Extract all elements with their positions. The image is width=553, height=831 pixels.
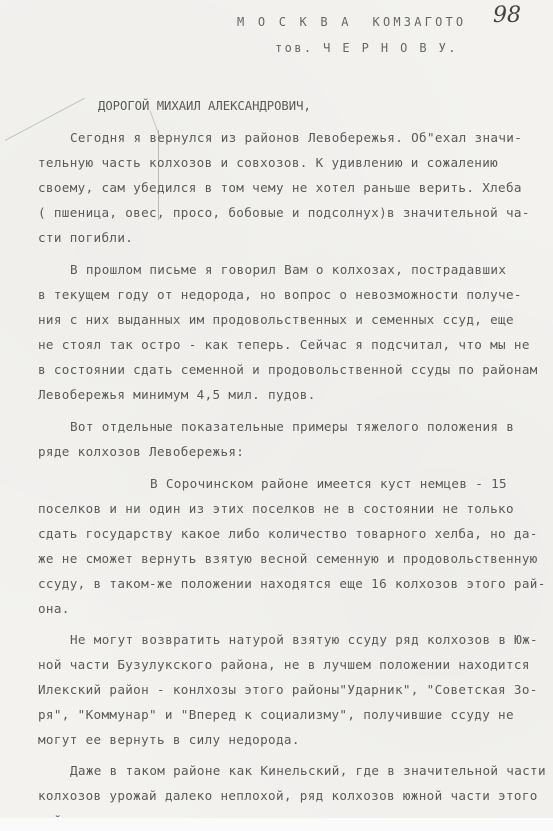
text-line: сдать государству какое либо количество … xyxy=(38,526,538,542)
text-line: Даже в таком районе как Кинельский, где … xyxy=(70,763,546,779)
text-line: колхозов урожай далеко неплохой, ряд кол… xyxy=(38,788,538,804)
text-line: Не могут возвратить натурой взятую ссуду… xyxy=(70,632,538,648)
text-line: Сегодня я вернулся из районов Левобережь… xyxy=(70,130,522,146)
pencil-mark xyxy=(158,130,159,220)
addressee-line-1: М О С К В А КОМЗАГОТО xyxy=(237,14,466,30)
document-page: 98 М О С К В А КОМЗАГОТО тов. Ч Е Р Н О … xyxy=(0,0,553,818)
text-line: ря", "Коммунар" и "Вперед к социализму",… xyxy=(38,707,514,723)
text-line: ния с них выданных им продовольственных … xyxy=(38,312,514,328)
text-line: ряде колхозов Левобережья: xyxy=(38,444,244,460)
page-number: 98 xyxy=(493,3,521,28)
text-line: в текущем году от недорода, но вопрос о … xyxy=(38,287,522,303)
salutation: ДОРОГОЙ МИХАИЛ АЛЕКСАНДРОВИЧ, xyxy=(98,98,311,114)
page-bottom-edge xyxy=(0,818,553,831)
text-line: поселков и ни один из этих поселков не в… xyxy=(38,501,514,517)
text-line: в состоянии сдать семенной и продовольст… xyxy=(38,362,538,378)
text-line: же не сможет вернуть взятую весной семен… xyxy=(38,551,538,567)
text-line: В прошлом письме я говорил Вам о колхоза… xyxy=(70,262,506,278)
addressee-line-2: тов. Ч Е Р Н О В У. xyxy=(275,40,458,56)
text-line: не стоял так остро - как теперь. Сейчас … xyxy=(38,337,530,353)
text-line: ссуду, в таком-же положении находятся ещ… xyxy=(38,576,546,592)
text-line: Илекский район - конлхозы этого районы"У… xyxy=(38,682,538,698)
text-line: ( пшеница, овес, просо, бобовые и подсол… xyxy=(38,205,530,221)
text-line: сти погибли. xyxy=(38,230,133,246)
text-line: Левобережья минимум 4,5 мил. пудов. xyxy=(38,387,316,403)
text-line: своему, сам убедился в том чему не хотел… xyxy=(38,180,522,196)
text-line: ной части Бузулукского района, не в лучш… xyxy=(38,657,530,673)
text-line: В Сорочинском районе имеется куст немцев… xyxy=(150,476,507,492)
text-line: тельную часть колхозов и совхозов. К уди… xyxy=(38,155,498,171)
text-line: могут ее вернуть в силу недорода. xyxy=(38,732,300,748)
text-line: Вот отдельные показательные примеры тяже… xyxy=(70,419,514,435)
text-line: она. xyxy=(38,601,70,617)
